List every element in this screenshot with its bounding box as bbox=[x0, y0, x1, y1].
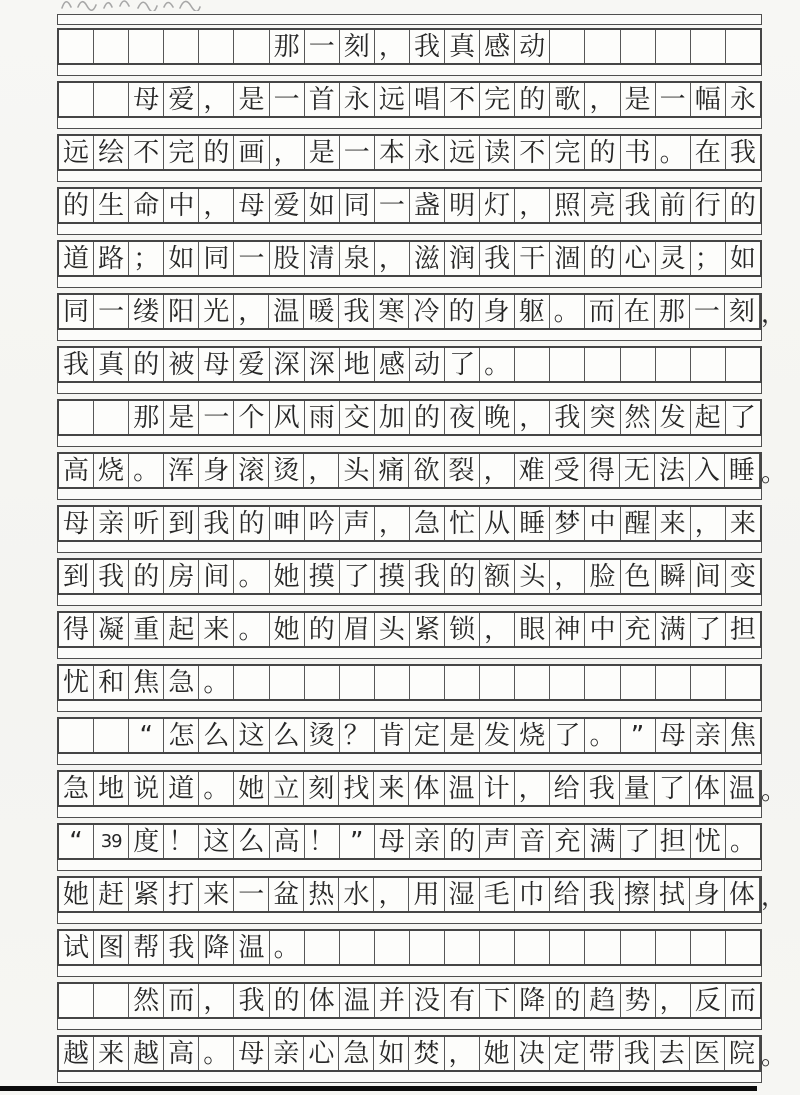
grid-cell: 来 bbox=[374, 772, 409, 805]
grid-cell: 担 bbox=[656, 825, 691, 858]
grid-cell: 打 bbox=[164, 878, 199, 911]
grid-cell: 了 bbox=[550, 719, 585, 752]
grid-cell: 重 bbox=[129, 613, 164, 646]
grid-cell: 心 bbox=[304, 1037, 339, 1070]
grid-cell: 温 bbox=[234, 931, 269, 964]
grid-cell: 母 bbox=[656, 719, 691, 752]
grid-cell bbox=[585, 666, 620, 699]
grid-cell: 生 bbox=[94, 189, 129, 222]
grid-cell bbox=[726, 666, 760, 699]
grid-cell bbox=[691, 348, 726, 381]
grid-strip bbox=[57, 14, 762, 25]
scanned-essay-page: 那一刻，我真感动母爱，是一首永远唱不完的歌，是一幅永远绘不完的画，是一本永远读不… bbox=[0, 0, 800, 1095]
grid-cell: 我 bbox=[585, 878, 620, 911]
grid-cell: 烫 bbox=[305, 719, 340, 752]
grid-cell: “ bbox=[129, 719, 164, 752]
grid-row: 高烧。浑身滚烫，头痛欲裂，难受得无法入睡。 bbox=[57, 452, 762, 489]
grid-cell: 势 bbox=[621, 984, 656, 1017]
grid-cell: 急 bbox=[339, 1037, 374, 1070]
grid-strip bbox=[57, 330, 762, 341]
grid-cell: 我 bbox=[164, 931, 199, 964]
grid-cell: 睡 bbox=[725, 454, 760, 487]
grid-cell: ， bbox=[375, 30, 410, 63]
grid-cell: 裂 bbox=[445, 454, 480, 487]
grid-cell bbox=[445, 931, 480, 964]
grid-cell: 歌 bbox=[550, 83, 585, 116]
grid-cell: 怎 bbox=[164, 719, 199, 752]
grid-cell bbox=[94, 719, 129, 752]
grid-line-unit: 急地说道。她立刻找来体温计，给我量了体温。 bbox=[57, 770, 762, 818]
grid-cell: ， bbox=[480, 454, 515, 487]
grid-cell bbox=[550, 666, 585, 699]
grid-cell: 一 bbox=[340, 136, 375, 169]
grid-cell: 突 bbox=[585, 401, 620, 434]
grid-cell: 深 bbox=[305, 348, 340, 381]
grid-cell: 我 bbox=[726, 136, 760, 169]
grid-cell: ， bbox=[199, 984, 234, 1017]
grid-cell: 同 bbox=[340, 189, 375, 222]
grid-cell: 起 bbox=[164, 613, 199, 646]
grid-cell: 定 bbox=[410, 719, 445, 752]
grid-cell: 我 bbox=[410, 560, 445, 593]
grid-row: 然而，我的体温并没有下降的趋势，反而 bbox=[57, 982, 762, 1019]
grid-cell: 远 bbox=[375, 83, 410, 116]
grid-cell: 了 bbox=[691, 613, 726, 646]
grid-cell: 来 bbox=[656, 507, 691, 540]
grid-cell: 缕 bbox=[129, 295, 164, 328]
grid-cell: 欲 bbox=[409, 454, 444, 487]
grid-cell: 我 bbox=[410, 30, 445, 63]
grid-cell: ？ bbox=[340, 719, 375, 752]
grid-line-unit: “怎么这么烫？肯定是发烧了。”母亲焦 bbox=[57, 717, 762, 765]
grid-line-unit: 得凝重起来。她的眉头紧锁，眼神中充满了担 bbox=[57, 611, 762, 659]
grid-cell: 体 bbox=[409, 772, 444, 805]
grid-cell: 额 bbox=[480, 560, 515, 593]
grid-cell: 心 bbox=[621, 242, 656, 275]
grid-cell: 。 bbox=[270, 931, 305, 964]
grid-cell bbox=[656, 666, 691, 699]
grid-cell: 的 bbox=[726, 189, 760, 222]
grid-cell bbox=[59, 719, 94, 752]
grid-cell: 。 bbox=[480, 348, 515, 381]
grid-cell: 焦 bbox=[129, 666, 164, 699]
grid-cell bbox=[305, 666, 340, 699]
grid-cell: 我 bbox=[480, 242, 515, 275]
grid-cell: 她 bbox=[480, 1037, 515, 1070]
grid-cell: 母 bbox=[129, 83, 164, 116]
grid-cell: 幅 bbox=[691, 83, 726, 116]
grid-cell: 间 bbox=[691, 560, 726, 593]
grid-cell: ， bbox=[550, 560, 585, 593]
grid-cell: 烧 bbox=[515, 719, 550, 752]
grid-cell: 眉 bbox=[340, 613, 375, 646]
grid-cell bbox=[691, 30, 726, 63]
grid-strip bbox=[57, 807, 762, 818]
grid-cell: 帮 bbox=[129, 931, 164, 964]
grid-cell: 身 bbox=[690, 878, 725, 911]
grid-cell: 动 bbox=[410, 348, 445, 381]
grid-cell: ， bbox=[656, 984, 691, 1017]
grid-cell: 。 bbox=[199, 772, 234, 805]
grid-row: 得凝重起来。她的眉头紧锁，眼神中充满了担 bbox=[57, 611, 762, 648]
grid-cell: 同 bbox=[59, 295, 94, 328]
grid-line-unit: 她赶紧打来一盆热水，用湿毛巾给我擦拭身体， bbox=[57, 876, 762, 924]
grid-cell: 有 bbox=[445, 984, 480, 1017]
grid-cell: ； bbox=[129, 242, 164, 275]
grid-cell: 烧 bbox=[94, 454, 129, 487]
grid-cell: 图 bbox=[94, 931, 129, 964]
grid-cell: 身 bbox=[480, 295, 515, 328]
grid-cell: ” bbox=[340, 825, 375, 858]
grid-cell bbox=[164, 30, 199, 63]
grid-cell: ， bbox=[375, 507, 410, 540]
grid-cell: 急 bbox=[59, 772, 94, 805]
grid-cell: 脸 bbox=[585, 560, 620, 593]
grid-cell: 她 bbox=[270, 560, 305, 593]
grid-cell: 水 bbox=[339, 878, 374, 911]
grid-cell: 同 bbox=[199, 242, 234, 275]
grid-cell: 了 bbox=[445, 348, 480, 381]
grid-line-unit: 到我的房间。她摸了摸我的额头，脸色瞬间变 bbox=[57, 558, 762, 606]
grid-cell: 道 bbox=[164, 772, 199, 805]
grid-strip bbox=[57, 118, 762, 129]
grid-cell bbox=[375, 931, 410, 964]
grid-row: 到我的房间。她摸了摸我的额头，脸色瞬间变 bbox=[57, 558, 762, 595]
grid-cell: 母 bbox=[234, 189, 269, 222]
grid-cell: 趋 bbox=[585, 984, 620, 1017]
grid-cell bbox=[375, 666, 410, 699]
grid-cell: 忧 bbox=[691, 825, 726, 858]
grid-cell: 巾 bbox=[515, 878, 550, 911]
grid-strip bbox=[57, 383, 762, 394]
grid-cell bbox=[691, 931, 726, 964]
grid-cell: 光 bbox=[199, 295, 234, 328]
grid-cell: ， bbox=[199, 83, 234, 116]
grid-cell: 感 bbox=[480, 30, 515, 63]
grid-cell: 我 bbox=[234, 984, 269, 1017]
grid-cell: 母 bbox=[234, 1037, 269, 1070]
grid-cell: 灵 bbox=[656, 242, 691, 275]
grid-cell: 母 bbox=[375, 825, 410, 858]
grid-strip bbox=[57, 224, 762, 235]
grid-cell bbox=[726, 931, 760, 964]
grid-cell: 身 bbox=[199, 454, 234, 487]
grid-cell: 么 bbox=[270, 719, 305, 752]
grid-row: 忧和焦急。 bbox=[57, 664, 762, 701]
grid-cell: 远 bbox=[445, 136, 480, 169]
grid-cell bbox=[515, 931, 550, 964]
grid-cell: 和 bbox=[94, 666, 129, 699]
hanging-punctuation: ， bbox=[761, 884, 786, 909]
grid-row: 我真的被母爱深深地感动了。 bbox=[57, 346, 762, 383]
grid-cell: 命 bbox=[129, 189, 164, 222]
grid-cell: 听 bbox=[129, 507, 164, 540]
grid-cell: 醒 bbox=[621, 507, 656, 540]
grid-cell: 不 bbox=[515, 136, 550, 169]
grid-cell: 带 bbox=[585, 1037, 620, 1070]
grid-cell: 得 bbox=[585, 454, 620, 487]
grid-strip bbox=[57, 966, 762, 977]
grid-cell: 爱 bbox=[234, 348, 269, 381]
grid-cell: 担 bbox=[726, 613, 760, 646]
grid-cell: ！ bbox=[164, 825, 199, 858]
grid-cell: 忙 bbox=[445, 507, 480, 540]
grid-row: 她赶紧打来一盆热水，用湿毛巾给我擦拭身体， bbox=[57, 876, 762, 913]
grid-cell: 高 bbox=[59, 454, 94, 487]
grid-cell: 声 bbox=[480, 825, 515, 858]
grid-cell bbox=[656, 931, 691, 964]
grid-strip bbox=[57, 277, 762, 288]
grid-cell: 热 bbox=[304, 878, 339, 911]
grid-cell: 亲 bbox=[691, 719, 726, 752]
grid-strip bbox=[57, 913, 762, 924]
grid-cell bbox=[480, 931, 515, 964]
grid-cell: 了 bbox=[340, 560, 375, 593]
grid-cell: 的 bbox=[270, 984, 305, 1017]
grid-cell: 是 bbox=[164, 401, 199, 434]
grid-cell: 润 bbox=[445, 242, 480, 275]
grid-cell: 越 bbox=[59, 1037, 94, 1070]
grid-cell: 并 bbox=[375, 984, 410, 1017]
grid-cell: 决 bbox=[515, 1037, 550, 1070]
grid-cell bbox=[726, 30, 760, 63]
grid-cell: 头 bbox=[515, 560, 550, 593]
grid-cell bbox=[585, 348, 620, 381]
grid-cell: ； bbox=[691, 242, 726, 275]
grid-cell: 的 bbox=[305, 613, 340, 646]
hanging-punctuation: 。 bbox=[761, 1043, 786, 1068]
grid-cell: ” bbox=[621, 719, 656, 752]
grid-cell: 绘 bbox=[94, 136, 129, 169]
grid-cell bbox=[656, 348, 691, 381]
grid-line-unit: 高烧。浑身滚烫，头痛欲裂，难受得无法入睡。 bbox=[57, 452, 762, 500]
grid-cell: 焦 bbox=[726, 719, 760, 752]
grid-cell bbox=[59, 30, 94, 63]
grid-cell: 的 bbox=[234, 507, 269, 540]
grid-line-unit: 同一缕阳光，温暖我寒冷的身躯。而在那一刻， bbox=[57, 293, 762, 341]
grid-cell: 医 bbox=[690, 1037, 725, 1070]
grid-line-unit: 越来越高。母亲心急如焚，她决定带我去医院。 bbox=[57, 1035, 762, 1083]
grid-cell: 我 bbox=[94, 560, 129, 593]
grid-cell: 擦 bbox=[620, 878, 655, 911]
grid-cell: 了 bbox=[621, 825, 656, 858]
grid-cell: 立 bbox=[269, 772, 304, 805]
grid-cell: 如 bbox=[164, 242, 199, 275]
grid-cell: 39 bbox=[94, 825, 129, 858]
grid-cell: 温 bbox=[725, 772, 760, 805]
grid-cell: 阳 bbox=[164, 295, 199, 328]
grid-cell: 发 bbox=[480, 719, 515, 752]
composition-grid-paper: 那一刻，我真感动母爱，是一首永远唱不完的歌，是一幅永远绘不完的画，是一本永远读不… bbox=[57, 14, 762, 1088]
grid-line-unit: 那一刻，我真感动 bbox=[57, 28, 762, 76]
grid-cell: 是 bbox=[234, 83, 269, 116]
grid-cell: 而 bbox=[164, 984, 199, 1017]
grid-cell: 满 bbox=[585, 825, 620, 858]
grid-cell: 一 bbox=[234, 242, 269, 275]
cropped-handwriting-fragment bbox=[58, 0, 208, 11]
grid-cell: 到 bbox=[59, 560, 94, 593]
grid-cell bbox=[199, 30, 234, 63]
grid-cell: 一 bbox=[270, 83, 305, 116]
grid-cell bbox=[340, 931, 375, 964]
grid-cell: ， bbox=[691, 507, 726, 540]
grid-cell bbox=[585, 30, 620, 63]
grid-cell: 高 bbox=[164, 1037, 199, 1070]
grid-cell: 定 bbox=[550, 1037, 585, 1070]
grid-cell: 她 bbox=[59, 878, 94, 911]
grid-cell: 然 bbox=[129, 984, 164, 1017]
grid-row: 同一缕阳光，温暖我寒冷的身躯。而在那一刻， bbox=[57, 293, 762, 330]
grid-cell: 地 bbox=[94, 772, 129, 805]
grid-cell: 中 bbox=[585, 613, 620, 646]
grid-cell: 去 bbox=[655, 1037, 690, 1070]
grid-cell: 拭 bbox=[655, 878, 690, 911]
grid-cell bbox=[59, 984, 94, 1017]
grid-cell: 动 bbox=[515, 30, 550, 63]
grid-cell: 急 bbox=[164, 666, 199, 699]
grid-cell: 明 bbox=[445, 189, 480, 222]
grid-cell: 加 bbox=[375, 401, 410, 434]
grid-cell bbox=[94, 30, 129, 63]
grid-cell bbox=[94, 401, 129, 434]
grid-cell: 无 bbox=[620, 454, 655, 487]
grid-cell: 充 bbox=[550, 825, 585, 858]
grid-line-unit: 然而，我的体温并没有下降的趋势，反而 bbox=[57, 982, 762, 1030]
grid-cell: 我 bbox=[339, 295, 374, 328]
grid-cell: 下 bbox=[480, 984, 515, 1017]
grid-cell: 一 bbox=[305, 30, 340, 63]
grid-cell bbox=[621, 931, 656, 964]
grid-cell: 头 bbox=[339, 454, 374, 487]
grid-cell: 间 bbox=[199, 560, 234, 593]
grid-cell: 是 bbox=[305, 136, 340, 169]
grid-cell bbox=[621, 666, 656, 699]
grid-cell: ， bbox=[199, 189, 234, 222]
grid-cell: 么 bbox=[234, 825, 269, 858]
grid-cell: 读 bbox=[480, 136, 515, 169]
grid-cell: 来 bbox=[94, 1037, 129, 1070]
grid-cell: ， bbox=[234, 295, 269, 328]
grid-cell: 母 bbox=[199, 348, 234, 381]
grid-cell bbox=[129, 30, 164, 63]
grid-cell: 给 bbox=[550, 878, 585, 911]
grid-cell: 。 bbox=[199, 666, 234, 699]
grid-cell: 湿 bbox=[445, 878, 480, 911]
grid-cell: 的 bbox=[445, 825, 480, 858]
grid-cell: 这 bbox=[234, 719, 269, 752]
grid-cell: 找 bbox=[339, 772, 374, 805]
grid-cell bbox=[550, 931, 585, 964]
grid-cell: 个 bbox=[234, 401, 269, 434]
grid-cell: 变 bbox=[726, 560, 760, 593]
grid-cell bbox=[726, 348, 760, 381]
grid-cell: ， bbox=[585, 83, 620, 116]
grid-cell: 了 bbox=[726, 401, 760, 434]
grid-cell: 神 bbox=[550, 613, 585, 646]
grid-cell: 的 bbox=[445, 295, 480, 328]
grid-cell bbox=[621, 30, 656, 63]
grid-cell: 。 bbox=[129, 454, 164, 487]
grid-cell bbox=[410, 666, 445, 699]
grid-line-unit: 忧和焦急。 bbox=[57, 664, 762, 712]
grid-cell: 的 bbox=[550, 984, 585, 1017]
grid-cell: 地 bbox=[340, 348, 375, 381]
grid-cell: 躯 bbox=[515, 295, 550, 328]
grid-cell: 中 bbox=[585, 507, 620, 540]
grid-cell: 照 bbox=[550, 189, 585, 222]
grid-cell: 首 bbox=[305, 83, 340, 116]
grid-cell: 那 bbox=[129, 401, 164, 434]
grid-cell: 么 bbox=[199, 719, 234, 752]
grid-cell: ， bbox=[270, 136, 305, 169]
grid-strip bbox=[57, 595, 762, 606]
grid-cell: 温 bbox=[269, 295, 304, 328]
grid-cell: 睡 bbox=[515, 507, 550, 540]
grid-cell: 清 bbox=[305, 242, 340, 275]
grid-cell: 来 bbox=[726, 507, 760, 540]
grid-cell bbox=[305, 931, 340, 964]
grid-strip bbox=[57, 1072, 762, 1083]
grid-strip bbox=[57, 489, 762, 500]
grid-cell: 的 bbox=[410, 401, 445, 434]
grid-cell: ， bbox=[445, 1037, 480, 1070]
grid-cell: 一 bbox=[656, 83, 691, 116]
grid-cell: 不 bbox=[445, 83, 480, 116]
grid-cell: 深 bbox=[270, 348, 305, 381]
grid-cell: 本 bbox=[375, 136, 410, 169]
grid-cell: 难 bbox=[515, 454, 550, 487]
grid-cell: 温 bbox=[445, 772, 480, 805]
grid-cell: 灯 bbox=[480, 189, 515, 222]
grid-cell bbox=[94, 83, 129, 116]
grid-cell: ， bbox=[480, 613, 515, 646]
grid-cell: 真 bbox=[445, 30, 480, 63]
grid-cell: 刻 bbox=[304, 772, 339, 805]
grid-cell: 紧 bbox=[410, 613, 445, 646]
grid-cell: 一 bbox=[375, 189, 410, 222]
grid-cell: ！ bbox=[305, 825, 340, 858]
grid-cell: 了 bbox=[655, 772, 690, 805]
grid-cell: 。 bbox=[656, 136, 691, 169]
grid-cell: 烫 bbox=[269, 454, 304, 487]
grid-cell: 盏 bbox=[410, 189, 445, 222]
grid-cell: 声 bbox=[340, 507, 375, 540]
grid-cell: 亲 bbox=[94, 507, 129, 540]
grid-cell: 真 bbox=[94, 348, 129, 381]
grid-cell: 刻 bbox=[725, 295, 760, 328]
grid-cell: 锁 bbox=[445, 613, 480, 646]
grid-cell: 给 bbox=[550, 772, 585, 805]
grid-cell: 眼 bbox=[515, 613, 550, 646]
grid-cell: 如 bbox=[374, 1037, 409, 1070]
grid-cell: 一 bbox=[94, 295, 129, 328]
grid-cell: “ bbox=[59, 825, 94, 858]
grid-cell: 摸 bbox=[375, 560, 410, 593]
grid-cell: 的 bbox=[129, 348, 164, 381]
hanging-punctuation: 。 bbox=[761, 778, 786, 803]
grid-cell: 一 bbox=[234, 878, 269, 911]
grid-cell: 的 bbox=[585, 242, 620, 275]
grid-cell: 而 bbox=[726, 984, 760, 1017]
grid-cell: 亮 bbox=[585, 189, 620, 222]
grid-row: “39度！这么高！”母亲的声音充满了担忧。 bbox=[57, 823, 762, 860]
grid-strip bbox=[57, 65, 762, 76]
grid-cell: 越 bbox=[129, 1037, 164, 1070]
grid-strip bbox=[57, 1019, 762, 1030]
grid-cell: 计 bbox=[480, 772, 515, 805]
grid-cell: 完 bbox=[480, 83, 515, 116]
grid-cell: 道 bbox=[59, 242, 94, 275]
